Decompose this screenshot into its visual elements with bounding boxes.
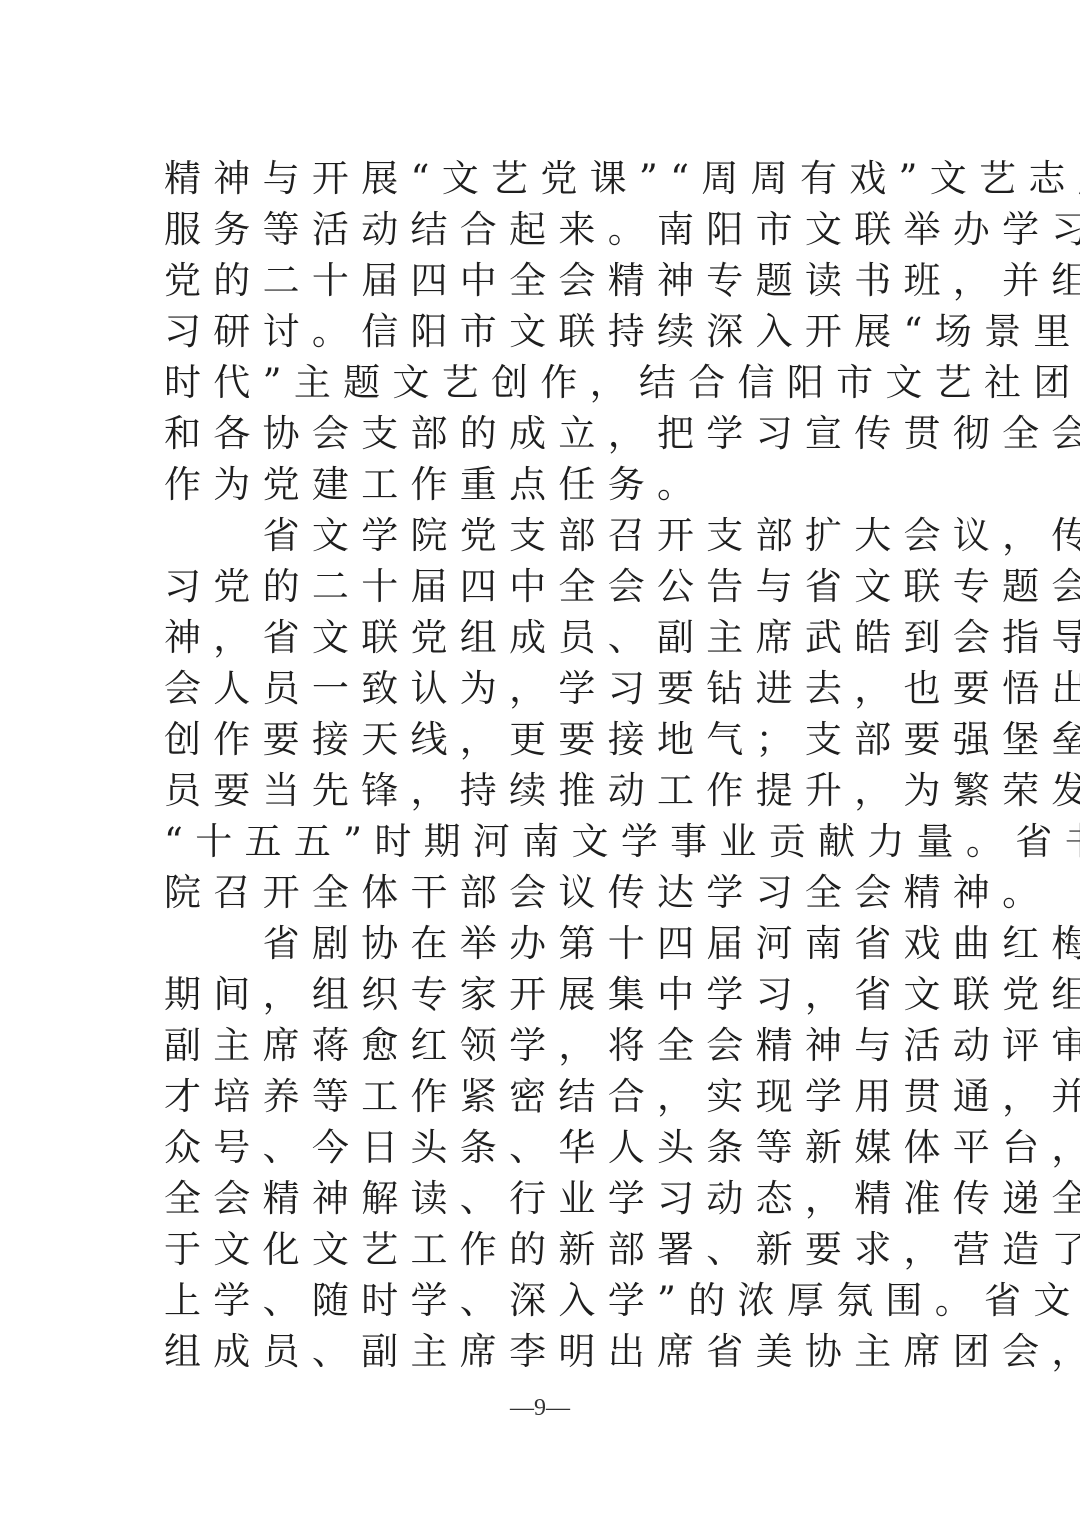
text-line: 习研讨。信阳市文联持续深入开展“场景里的新: [164, 306, 916, 357]
text-line: 上学、随时学、深入学”的浓厚氛围。省文联党: [164, 1275, 916, 1326]
text-line: 期间，组织专家开展集中学习，省文联党组成员、: [164, 969, 916, 1020]
paragraph-start-line: 省文学院党支部召开支部扩大会议，传达学: [164, 510, 916, 561]
text-line: 精神与开展“文艺党课”“周周有戏”文艺志愿: [164, 153, 916, 204]
text-line: 会人员一致认为，学习要钻进去，也要悟出来；: [164, 663, 916, 714]
body-text: 精神与开展“文艺党课”“周周有戏”文艺志愿 服务等活动结合起来。南阳市文联举办学…: [164, 153, 916, 1377]
text-line: 副主席蒋愈红领学，将全会精神与活动评审、人: [164, 1020, 916, 1071]
text-line: 神，省文联党组成员、副主席武皓到会指导。与: [164, 612, 916, 663]
text-line: 才培养等工作紧密结合，实现学用贯通，并在公: [164, 1071, 916, 1122]
text-line: 和各协会支部的成立，把学习宣传贯彻全会精神: [164, 408, 916, 459]
text-line: 全会精神解读、行业学习动态，精准传递全会关: [164, 1173, 916, 1224]
text-line: 组成员、副主席李明出席省美协主席团会，并与: [164, 1326, 916, 1377]
text-line: 时代”主题文艺创作，结合信阳市文艺社团党委: [164, 357, 916, 408]
document-page: 精神与开展“文艺党课”“周周有戏”文艺志愿 服务等活动结合起来。南阳市文联举办学…: [0, 0, 1080, 1525]
text-line: 院召开全体干部会议传达学习全会精神。: [164, 867, 916, 918]
text-line: 习党的二十届四中全会公告与省文联专题会议精: [164, 561, 916, 612]
text-line: “十五五”时期河南文学事业贡献力量。省书画: [164, 816, 916, 867]
text-line: 众号、今日头条、华人头条等新媒体平台，推送: [164, 1122, 916, 1173]
text-line: 创作要接天线，更要接地气；支部要强堡垒，党: [164, 714, 916, 765]
text-line: 作为党建工作重点任务。: [164, 459, 916, 510]
paragraph-start-line: 省剧协在举办第十四届河南省戏曲红梅展演: [164, 918, 916, 969]
text-line: 服务等活动结合起来。南阳市文联举办学习贯彻: [164, 204, 916, 255]
page-number: —9—: [0, 1395, 1080, 1422]
text-line: 员要当先锋，持续推动工作提升，为繁荣发展: [164, 765, 916, 816]
text-line: 于文化文艺工作的新部署、新要求，营造了“线: [164, 1224, 916, 1275]
text-line: 党的二十届四中全会精神专题读书班，并组织学: [164, 255, 916, 306]
